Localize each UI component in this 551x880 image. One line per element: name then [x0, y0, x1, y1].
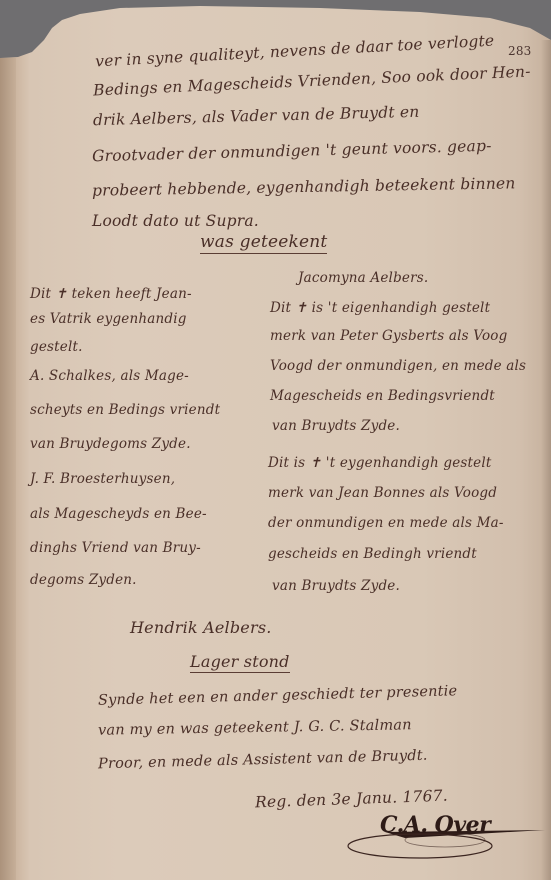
text-line: merk van Jean Bonnes als Voogd — [268, 485, 497, 501]
text-line: gescheids en Bedingh vriendt — [268, 546, 477, 562]
text-line: Loodt dato ut Supra. — [92, 212, 259, 230]
page-edge-shadow — [541, 40, 551, 880]
text-line: der onmundigen en mede als Ma- — [268, 515, 504, 531]
text-line: Dit ✝ is 't eigenhandigh gestelt — [270, 300, 490, 316]
text-line: Voogd der onmundigen, en mede als — [270, 358, 526, 374]
signature-flourish-icon — [345, 828, 545, 862]
binding-spine — [0, 58, 16, 880]
text-line: van Bruydts Zyde. — [272, 418, 400, 434]
text-line: van Bruydegoms Zyde. — [30, 436, 191, 452]
text-line: van Bruydts Zyde. — [272, 578, 400, 594]
text-line: es Vatrik eygenhandig — [30, 311, 187, 327]
lager-heading: Lager stond — [190, 652, 290, 673]
text-line: merk van Peter Gysberts als Voog — [270, 328, 507, 344]
text-line: A. Schalkes, als Mage- — [30, 368, 189, 384]
page-number: 283 — [508, 44, 532, 58]
text-line: scheyts en Bedings vriendt — [30, 402, 220, 418]
text-line: als Magescheyds en Bee- — [30, 506, 207, 522]
text-line: Magescheids en Bedingsvriendt — [270, 388, 495, 404]
text-line: Dit ✝ teken heeft Jean- — [30, 286, 192, 302]
text-line: dinghs Vriend van Bruy- — [30, 540, 201, 556]
text-line: gestelt. — [30, 339, 83, 355]
text-line: J. F. Broesterhuysen, — [30, 471, 175, 487]
signatory-name: Hendrik Aelbers. — [130, 618, 272, 637]
text-line: Dit is ✝ 't eygenhandigh gestelt — [268, 455, 492, 471]
text-line: degoms Zyden. — [30, 572, 137, 588]
text-line: Jacomyna Aelbers. — [298, 270, 428, 286]
section-heading: was geteekent — [200, 232, 327, 254]
